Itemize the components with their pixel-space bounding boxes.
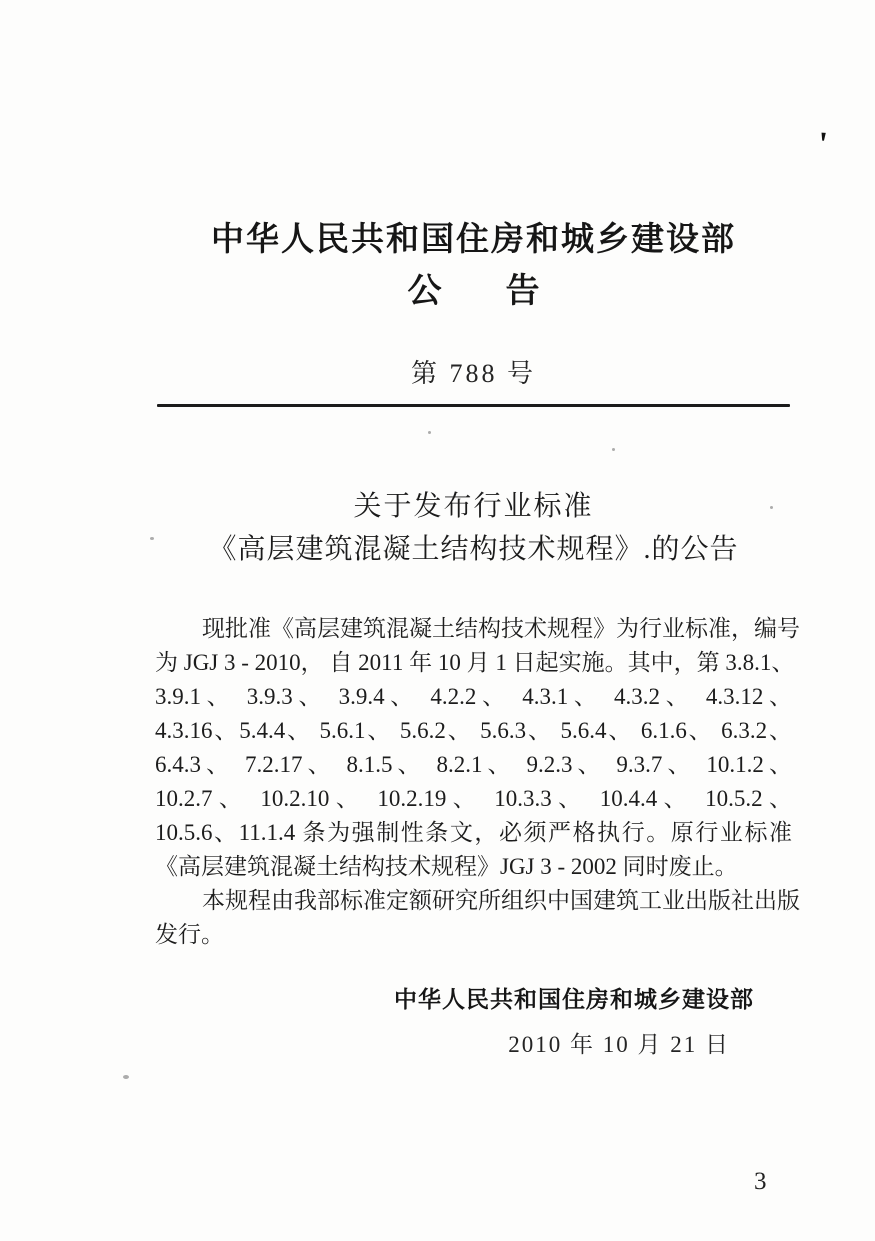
- announcement-title-line-1: 关于发布行业标准: [155, 484, 792, 524]
- body-line: 现批准《高层建筑混凝土结构技术规程》为行业标准，编号: [155, 612, 792, 646]
- divider-line: [157, 404, 790, 407]
- announcement-body: 现批准《高层建筑混凝土结构技术规程》为行业标准，编号 为 JGJ 3 - 201…: [155, 612, 792, 952]
- page-number: 3: [754, 1168, 767, 1196]
- scan-speck: [428, 431, 431, 434]
- scan-speck: [612, 448, 615, 451]
- scan-speck: [770, 506, 773, 509]
- body-line: 《高层建筑混凝土结构技术规程》JGJ 3 - 2002 同时废止。: [155, 850, 792, 884]
- announcement-word: 公 告: [155, 263, 792, 312]
- scan-stray-mark: ': [817, 126, 829, 165]
- announcement-title-line-2: 《高层建筑混凝土结构技术规程》.的公告: [155, 527, 792, 567]
- signature-date: 2010 年 10 月 21 日: [155, 1026, 792, 1059]
- ministry-header: 中华人民共和国住房和城乡建设部: [155, 213, 792, 260]
- scan-speck: [123, 1075, 129, 1079]
- announcement-page: ' 中华人民共和国住房和城乡建设部 公 告 第 788 号 关于发布行业标准 《…: [0, 0, 875, 1241]
- announcement-word-left: 公: [408, 263, 442, 312]
- body-line: 为 JGJ 3 - 2010， 自 2011 年 10 月 1 日起实施。其中，…: [155, 646, 792, 680]
- body-line: 发行。: [155, 918, 792, 952]
- scan-speck: [150, 537, 154, 540]
- announcement-word-right: 告: [506, 263, 540, 312]
- body-line: 4.3.16、5.4.4、 5.6.1、 5.6.2、 5.6.3、 5.6.4…: [155, 714, 792, 748]
- body-line: 10.5.6、11.1.4 条为强制性条文，必须严格执行。原行业标准: [155, 816, 792, 850]
- body-line: 3.9.1、 3.9.3、 3.9.4、 4.2.2、 4.3.1、 4.3.2…: [155, 680, 792, 714]
- signature-issuer: 中华人民共和国住房和城乡建设部: [155, 981, 792, 1014]
- announcement-number: 第 788 号: [155, 353, 792, 390]
- body-line: 10.2.7、 10.2.10、 10.2.19、 10.3.3、 10.4.4…: [155, 782, 792, 816]
- body-line: 6.4.3、 7.2.17、 8.1.5、 8.2.1、 9.2.3、 9.3.…: [155, 748, 792, 782]
- body-line: 本规程由我部标准定额研究所组织中国建筑工业出版社出版: [155, 884, 792, 918]
